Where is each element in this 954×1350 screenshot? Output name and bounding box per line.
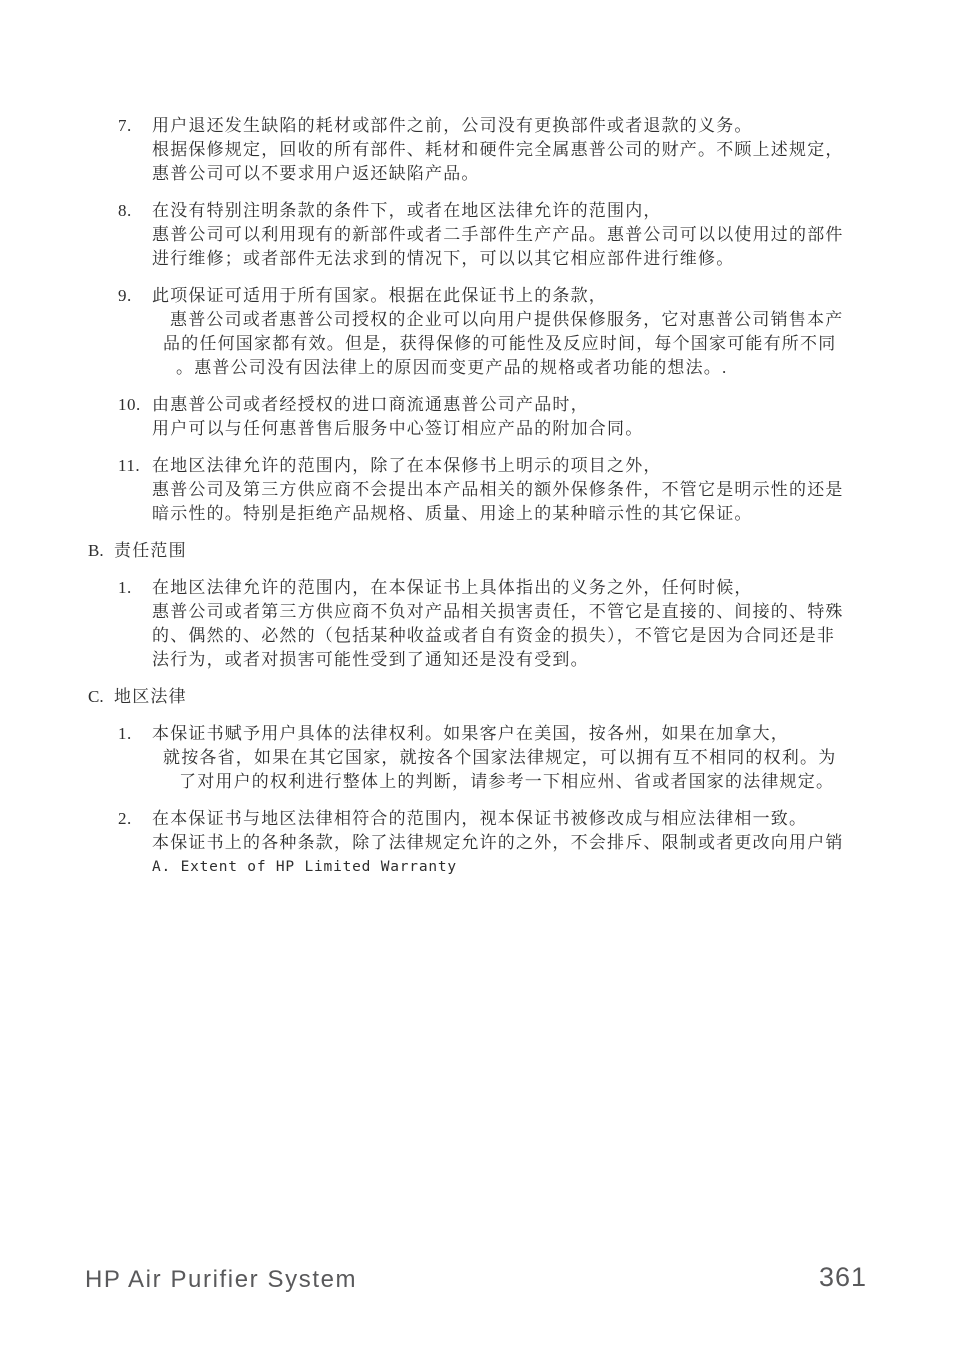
text-line: 就按各省，如果在其它国家，就按各个国家法律规定，可以拥有互不相同的权利。为 [163,746,954,770]
item-number: 8. [118,199,132,223]
item-number: 7. [118,114,132,138]
text-line: 本保证书赋予用户具体的法律权利。如果客户在美国，按各州，如果在加拿大， [152,722,954,746]
text-line: 了对用户的权利进行整体上的判断，请参考一下相应州、省或者国家的法律规定。 [179,770,954,794]
text-line: 此项保证可适用于所有国家。根据在此保证书上的条款， [152,284,954,308]
text-line: 根据保修规定，回收的所有部件、耗材和硬件完全属惠普公司的财产。不顾上述规定， [152,138,954,162]
text-line: 由惠普公司或者经授权的进口商流通惠普公司产品时， [152,393,954,417]
section-title: 地区法律 [114,685,954,709]
text-line: 惠普公司可以不要求用户返还缺陷产品。 [152,162,954,186]
list-item-7: 7. 用户退还发生缺陷的耗材或部件之前，公司没有更换部件或者退款的义务。 根据保… [0,114,954,186]
text-line: 暗示性的。特别是拒绝产品规格、质量、用途上的某种暗示性的其它保证。 [152,502,954,526]
text-line: 法行为，或者对损害可能性受到了通知还是没有受到。 [152,648,954,672]
text-line: 用户退还发生缺陷的耗材或部件之前，公司没有更换部件或者退款的义务。 [152,114,954,138]
section-title: 责任范围 [114,539,954,563]
section-letter: C. [88,685,104,709]
text-line: 在地区法律允许的范围内，在本保证书上具体指出的义务之外，任何时候， [152,576,954,600]
section-header-b: B. 责任范围 [0,539,954,563]
item-number: 2. [118,807,132,831]
warranty-text-block: 7. 用户退还发生缺陷的耗材或部件之前，公司没有更换部件或者退款的义务。 根据保… [0,114,954,892]
item-number: 10. [118,393,141,417]
document-page: 7. 用户退还发生缺陷的耗材或部件之前，公司没有更换部件或者退款的义务。 根据保… [0,0,954,1350]
item-number: 9. [118,284,132,308]
text-line: 的、偶然的、必然的（包括某种收益或者自有资金的损失），不管它是因为合同还是非 [152,624,954,648]
text-line: 品的任何国家都有效。但是，获得保修的可能性及反应时间，每个国家可能有所不同 [163,332,954,356]
item-number: 1. [118,576,132,600]
list-item-8: 8. 在没有特别注明条款的条件下，或者在地区法律允许的范围内， 惠普公司可以利用… [0,199,954,271]
text-line: 在本保证书与地区法律相符合的范围内，视本保证书被修改成与相应法律相一致。 [152,807,954,831]
text-line: 惠普公司可以利用现有的新部件或者二手部件生产产品。惠普公司可以以使用过的部件 [152,223,954,247]
section-header-c: C. 地区法律 [0,685,954,709]
page-number: 361 [819,1262,867,1293]
text-line: 惠普公司或者惠普公司授权的企业可以向用户提供保修服务，它对惠普公司销售本产 [170,308,954,332]
text-line: 进行维修；或者部件无法求到的情况下，可以以其它相应部件进行维修。 [152,247,954,271]
text-line: 本保证书上的各种条款，除了法律规定允许的之外，不会排斥、限制或者更改向用户销 [152,831,954,855]
list-item-11: 11. 在地区法律允许的范围内，除了在本保修书上明示的项目之外， 惠普公司及第三… [0,454,954,526]
page-footer: HP Air Purifier System 361 [0,1262,954,1298]
text-line-english: A. Extent of HP Limited Warranty [152,855,954,879]
text-line: 。惠普公司没有因法律上的原因而变更产品的规格或者功能的想法。. [176,356,954,380]
section-letter: B. [88,539,104,563]
item-number: 11. [118,454,140,478]
list-item-9: 9. 此项保证可适用于所有国家。根据在此保证书上的条款， 惠普公司或者惠普公司授… [0,284,954,380]
text-line: 在地区法律允许的范围内，除了在本保修书上明示的项目之外， [152,454,954,478]
list-item-c2: 2. 在本保证书与地区法律相符合的范围内，视本保证书被修改成与相应法律相一致。 … [0,807,954,879]
list-item-10: 10. 由惠普公司或者经授权的进口商流通惠普公司产品时， 用户可以与任何惠普售后… [0,393,954,441]
footer-product-name: HP Air Purifier System [85,1266,357,1294]
list-item-b1: 1. 在地区法律允许的范围内，在本保证书上具体指出的义务之外，任何时候， 惠普公… [0,576,954,672]
list-item-c1: 1. 本保证书赋予用户具体的法律权利。如果客户在美国，按各州，如果在加拿大， 就… [0,722,954,794]
text-line: 在没有特别注明条款的条件下，或者在地区法律允许的范围内， [152,199,954,223]
text-line: 惠普公司或者第三方供应商不负对产品相关损害责任，不管它是直接的、间接的、特殊 [152,600,954,624]
item-number: 1. [118,722,132,746]
text-line: 用户可以与任何惠普售后服务中心签订相应产品的附加合同。 [152,417,954,441]
text-line: 惠普公司及第三方供应商不会提出本产品相关的额外保修条件，不管它是明示性的还是 [152,478,954,502]
